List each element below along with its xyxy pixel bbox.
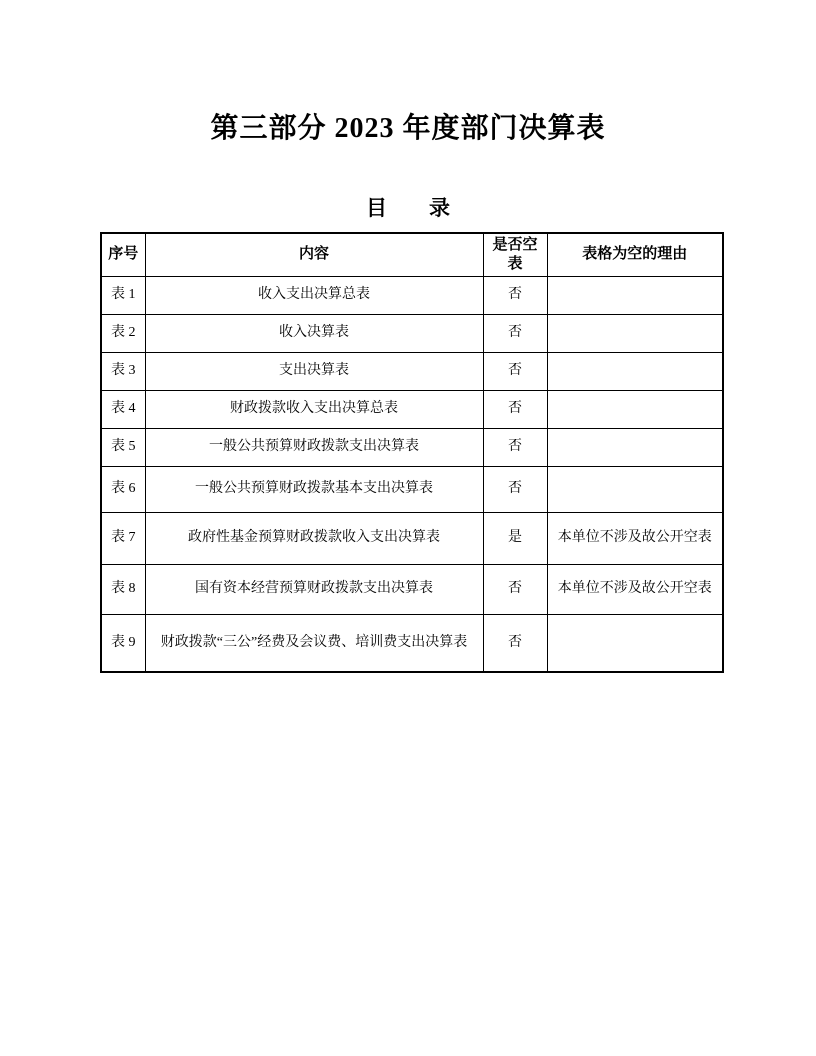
table-row: 表 6 一般公共预算财政拨款基本支出决算表 否 xyxy=(101,466,723,512)
table-row: 表 5 一般公共预算财政拨款支出决算表 否 xyxy=(101,428,723,466)
cell-serial: 表 9 xyxy=(101,614,145,672)
cell-is-empty: 是 xyxy=(483,512,547,564)
cell-content: 一般公共预算财政拨款支出决算表 xyxy=(145,428,483,466)
cell-is-empty: 否 xyxy=(483,564,547,614)
cell-serial: 表 4 xyxy=(101,390,145,428)
cell-content: 收入支出决算总表 xyxy=(145,276,483,314)
cell-serial: 表 7 xyxy=(101,512,145,564)
cell-reason: 本单位不涉及故公开空表 xyxy=(547,512,723,564)
header-reason: 表格为空的理由 xyxy=(547,233,723,276)
document-page: 第三部分 2023 年度部门决算表 目 录 序号 内容 是否空表 表格为空的理由… xyxy=(0,0,816,1056)
document-title: 第三部分 2023 年度部门决算表 xyxy=(0,112,816,146)
table-row: 表 7 政府性基金预算财政拨款收入支出决算表 是 本单位不涉及故公开空表 xyxy=(101,512,723,564)
cell-is-empty: 否 xyxy=(483,314,547,352)
cell-is-empty: 否 xyxy=(483,428,547,466)
cell-serial: 表 3 xyxy=(101,352,145,390)
table-row: 表 4 财政拨款收入支出决算总表 否 xyxy=(101,390,723,428)
cell-reason xyxy=(547,614,723,672)
cell-serial: 表 5 xyxy=(101,428,145,466)
cell-serial: 表 6 xyxy=(101,466,145,512)
cell-reason: 本单位不涉及故公开空表 xyxy=(547,564,723,614)
cell-content: 一般公共预算财政拨款基本支出决算表 xyxy=(145,466,483,512)
cell-content: 政府性基金预算财政拨款收入支出决算表 xyxy=(145,512,483,564)
cell-reason xyxy=(547,276,723,314)
cell-is-empty: 否 xyxy=(483,466,547,512)
cell-content: 国有资本经营预算财政拨款支出决算表 xyxy=(145,564,483,614)
cell-serial: 表 8 xyxy=(101,564,145,614)
cell-content: 收入决算表 xyxy=(145,314,483,352)
header-serial: 序号 xyxy=(101,233,145,276)
cell-reason xyxy=(547,390,723,428)
table-row: 表 8 国有资本经营预算财政拨款支出决算表 否 本单位不涉及故公开空表 xyxy=(101,564,723,614)
header-is-empty: 是否空表 xyxy=(483,233,547,276)
cell-reason xyxy=(547,466,723,512)
cell-is-empty: 否 xyxy=(483,276,547,314)
cell-serial: 表 2 xyxy=(101,314,145,352)
cell-content: 支出决算表 xyxy=(145,352,483,390)
cell-content: 财政拨款“三公”经费及会议费、培训费支出决算表 xyxy=(145,614,483,672)
cell-serial: 表 1 xyxy=(101,276,145,314)
cell-is-empty: 否 xyxy=(483,352,547,390)
table-row: 表 2 收入决算表 否 xyxy=(101,314,723,352)
header-content: 内容 xyxy=(145,233,483,276)
table-row: 表 9 财政拨款“三公”经费及会议费、培训费支出决算表 否 xyxy=(101,614,723,672)
toc-table: 序号 内容 是否空表 表格为空的理由 表 1 收入支出决算总表 否 表 2 收入… xyxy=(100,232,724,673)
cell-is-empty: 否 xyxy=(483,614,547,672)
table-row: 表 3 支出决算表 否 xyxy=(101,352,723,390)
cell-content: 财政拨款收入支出决算总表 xyxy=(145,390,483,428)
table-header-row: 序号 内容 是否空表 表格为空的理由 xyxy=(101,233,723,276)
cell-reason xyxy=(547,314,723,352)
cell-reason xyxy=(547,352,723,390)
cell-reason xyxy=(547,428,723,466)
toc-heading: 目 录 xyxy=(0,196,816,220)
table-row: 表 1 收入支出决算总表 否 xyxy=(101,276,723,314)
cell-is-empty: 否 xyxy=(483,390,547,428)
